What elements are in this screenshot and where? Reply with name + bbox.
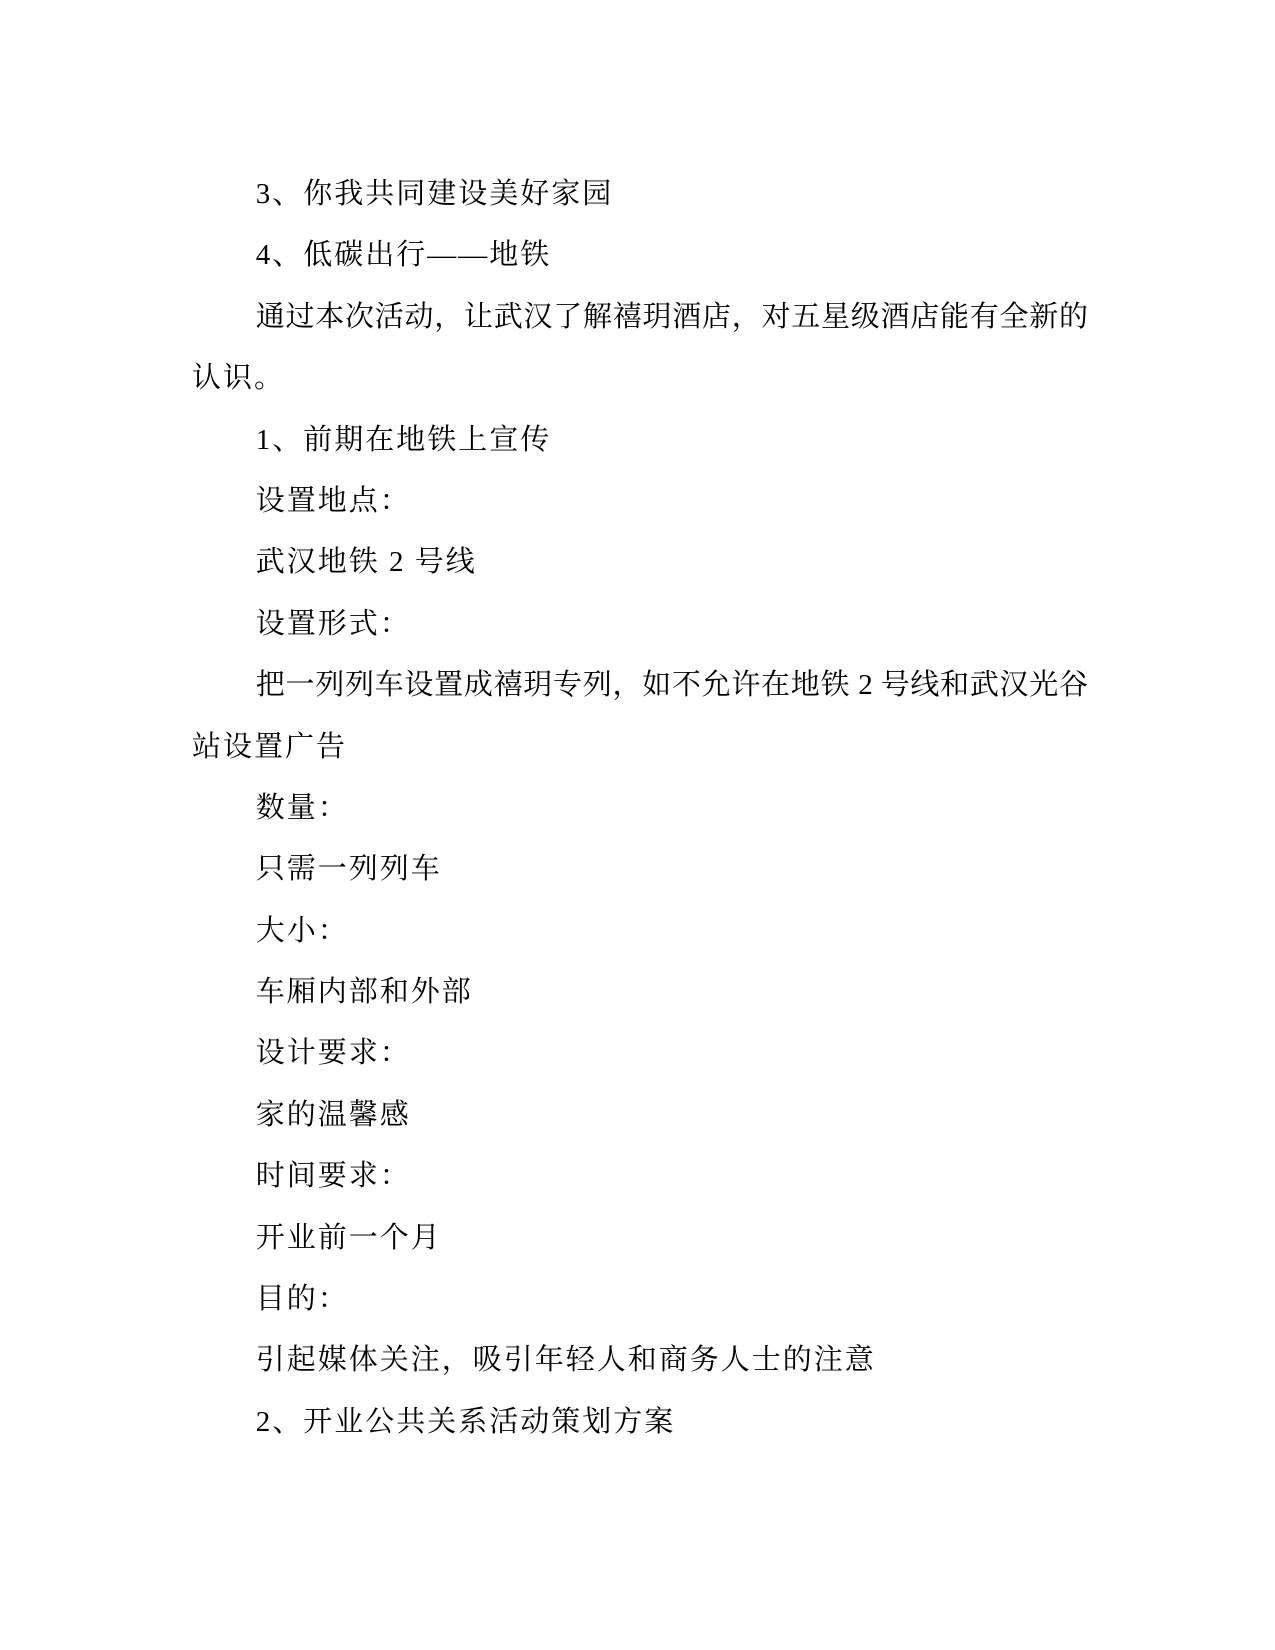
text-line: 车厢内部和外部 bbox=[192, 962, 1088, 1023]
text-line: 通过本次活动，让武汉了解禧玥酒店，对五星级酒店能有全新的 bbox=[192, 287, 1088, 348]
text-line: 2、开业公共关系活动策划方案 bbox=[192, 1392, 1088, 1453]
text-line: 1、前期在地铁上宣传 bbox=[192, 410, 1088, 471]
text-line: 站设置广告 bbox=[192, 717, 1088, 778]
text-block: 3、你我共同建设美好家园4、低碳出行——地铁通过本次活动，让武汉了解禧玥酒店，对… bbox=[192, 164, 1088, 1453]
text-line: 只需一列列车 bbox=[192, 839, 1088, 900]
document-page: 3、你我共同建设美好家园4、低碳出行——地铁通过本次活动，让武汉了解禧玥酒店，对… bbox=[0, 0, 1275, 1650]
text-line: 设置形式： bbox=[192, 594, 1088, 655]
text-line: 设置地点： bbox=[192, 471, 1088, 532]
text-line: 4、低碳出行——地铁 bbox=[192, 225, 1088, 286]
text-line: 认识。 bbox=[192, 348, 1088, 409]
text-line: 把一列列车设置成禧玥专列，如不允许在地铁 2 号线和武汉光谷 bbox=[192, 655, 1088, 716]
text-line: 引起媒体关注，吸引年轻人和商务人士的注意 bbox=[192, 1330, 1088, 1391]
text-line: 家的温馨感 bbox=[192, 1085, 1088, 1146]
text-line: 开业前一个月 bbox=[192, 1208, 1088, 1269]
text-line: 设计要求： bbox=[192, 1023, 1088, 1084]
text-line: 3、你我共同建设美好家园 bbox=[192, 164, 1088, 225]
text-line: 目的： bbox=[192, 1269, 1088, 1330]
text-line: 大小： bbox=[192, 901, 1088, 962]
text-line: 数量： bbox=[192, 778, 1088, 839]
text-line: 武汉地铁 2 号线 bbox=[192, 532, 1088, 593]
text-line: 时间要求： bbox=[192, 1146, 1088, 1207]
